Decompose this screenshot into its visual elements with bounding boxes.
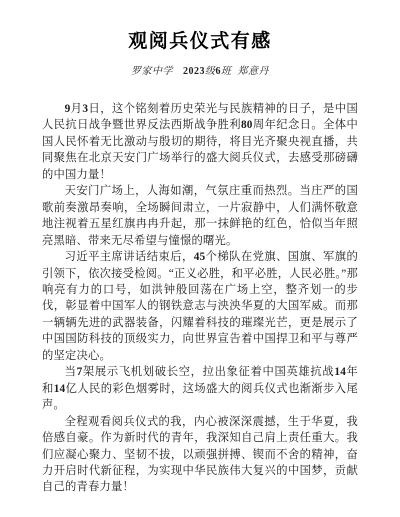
paragraph: 当7架展示飞机划破长空，拉出象征着中国英雄抗战14年和14亿人民的彩色烟雾时，这… [42,364,358,413]
byline-class: 2023级6班 [183,66,232,77]
byline-author: 郑意丹 [238,66,270,77]
document-page: 观阅兵仪式有感 罗家中学2023级6班郑意丹 9月3日，这个铭刻着历史荣光与民族… [0,0,400,517]
byline-school: 罗家中学 [131,66,173,77]
essay-body: 9月3日，这个铭刻着历史荣光与民族精神的日子，是中国人民抗日战争暨世界反法西斯战… [42,101,358,496]
paragraph: 习近平主席讲话结束后，45个梯队在党旗、国旗、军旗的引领下，依次接受检阅。“正义… [42,249,358,364]
paragraph: 9月3日，这个铭刻着历史荣光与民族精神的日子，是中国人民抗日战争暨世界反法西斯战… [42,101,358,183]
document-title: 观阅兵仪式有感 [42,26,358,53]
byline: 罗家中学2023级6班郑意丹 [42,62,358,77]
paragraph: 全程观看阅兵仪式的我，内心被深深震撼，生于华夏，我倍感自豪。作为新时代的青年，我… [42,414,358,496]
paragraph: 天安门广场上，人海如潮，气氛庄重而热烈。当庄严的国歌前奏激昂奏响，全场瞬间肃立，… [42,183,358,249]
